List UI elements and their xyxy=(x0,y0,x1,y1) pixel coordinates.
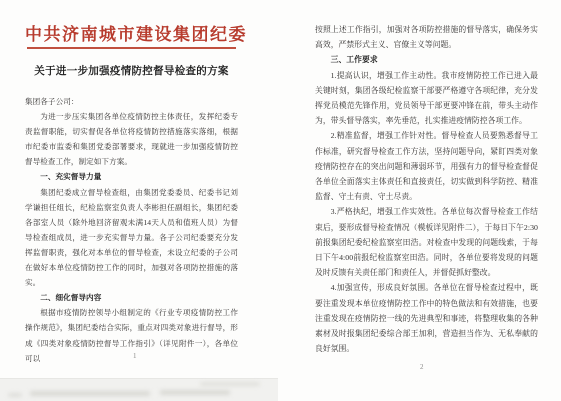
section-heading: 一、充实督导力量 xyxy=(25,169,238,184)
page-number-left: 1 xyxy=(133,352,137,360)
document-title: 关于进一步加强疫情防控督导检查的方案 xyxy=(25,63,238,78)
paragraph: 2.精准监督，增强工作针对性。督导检查人员要熟悉督导工作标准，研究督导检查工作方… xyxy=(315,128,538,204)
bleed-smudge xyxy=(8,393,22,397)
section-heading: 二、细化督导内容 xyxy=(25,290,238,305)
paragraph: 4.加强宣传，形成良好氛围。各单位在督导检查过程中，既要注重发现本单位疫情防控工… xyxy=(315,280,538,356)
paragraph: 按照上述工作指引，加强对各项防控措施的督导落实，确保务实高效，严禁形式主义、官僚… xyxy=(315,22,538,52)
paragraph: 集团纪委成立督导检查组，由集团党委委员、纪委书记刘学谦担任组长，纪检监察室负责人… xyxy=(25,185,238,291)
bleed-smudge xyxy=(30,391,150,396)
bleed-smudge xyxy=(200,382,260,386)
section-heading: 三、工作要求 xyxy=(315,52,538,67)
org-title: 中共济南城市建设集团纪委 xyxy=(25,20,238,45)
paragraph: 3.严格执纪，增强工作实效性。各单位每次督导检查工作结束后，要形成督导检查情况（… xyxy=(315,204,538,280)
red-header-rule xyxy=(27,47,236,49)
page-number-right: 2 xyxy=(420,363,424,371)
next-page-bleed-band xyxy=(0,378,278,401)
paragraph: 1.提高认识，增强工作主动性。我市疫情防控工作已进入最关键时刻，集团各级纪检监察… xyxy=(315,68,538,129)
paragraph: 集团各子公司： xyxy=(25,94,238,109)
paragraph: 为进一步压实集团各单位疫情防控主体责任，发挥纪委专责监督职能，切实督促各单位将疫… xyxy=(25,109,238,169)
left-page-body: 集团各子公司：为进一步压实集团各单位疫情防控主体责任，发挥纪委专责监督职能，切实… xyxy=(25,94,238,366)
right-page-body: 按照上述工作指引，加强对各项防控措施的督导落实，确保务实高效，严禁形式主义、官僚… xyxy=(315,22,538,356)
paragraph: 根据市疫情防控领导小组制定的《行业专项疫情防控工作操作规范》，集团纪委结合实际，… xyxy=(25,305,238,365)
bleed-smudge xyxy=(160,390,230,395)
